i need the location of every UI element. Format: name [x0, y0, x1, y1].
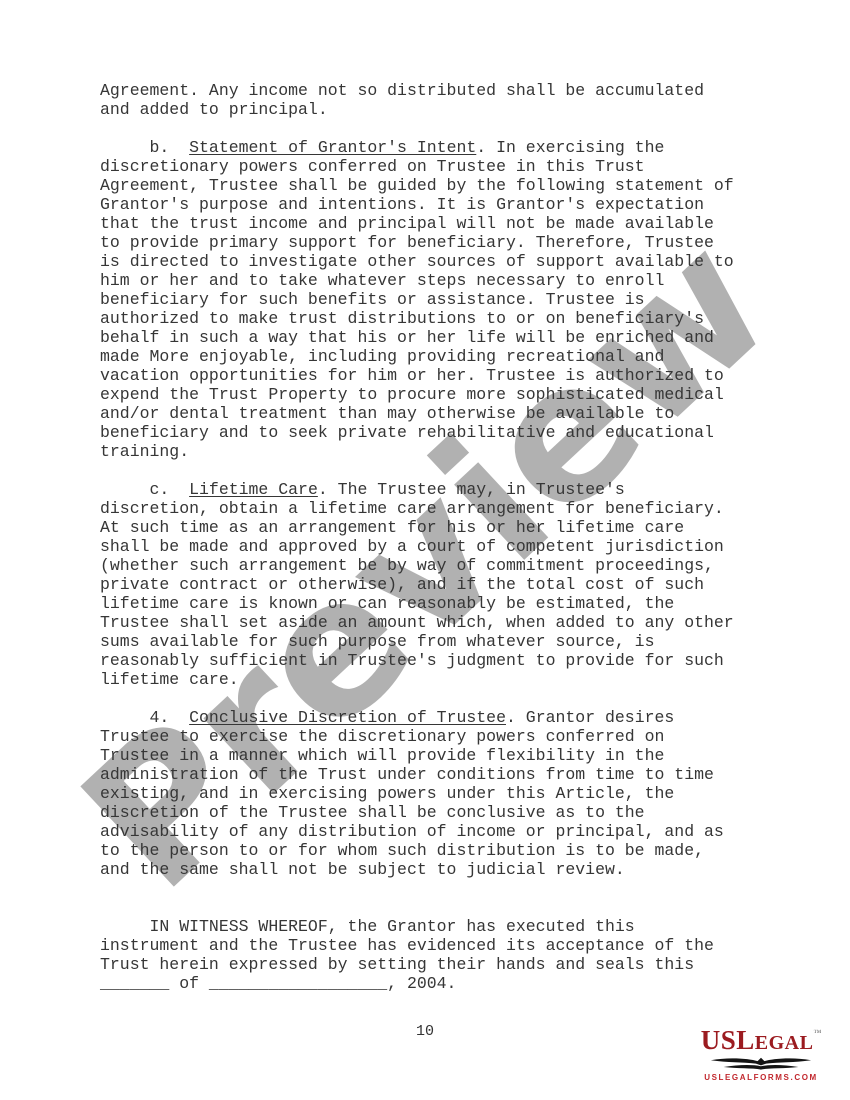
paragraph: IN WITNESS WHEREOF, the Grantor has exec… — [100, 917, 760, 993]
paragraph-text: c. — [100, 480, 189, 499]
paragraph-text: b. — [100, 138, 189, 157]
wordmark-suffix: EGAL — [755, 1032, 814, 1054]
heading-underlined: Statement of Grantor's Intent — [189, 138, 476, 157]
paragraph-text: . The Trustee may, in Trustee's discreti… — [100, 480, 734, 689]
paragraph-text: 4. — [100, 708, 189, 727]
heading-underlined: Conclusive Discretion of Trustee — [189, 708, 506, 727]
logo-tagline: USLEGALFORMS.COM — [699, 1073, 823, 1082]
document-page: Preview Agreement. Any income not so dis… — [0, 0, 850, 1100]
paragraph-text: . Grantor desires Trustee to exercise th… — [100, 708, 724, 879]
uslegal-logo: USLEGAL™ USLEGALFORMS.COM — [699, 1020, 823, 1082]
wordmark-prefix: USL — [701, 1025, 755, 1055]
paragraph-text: . In exercising the discretionary powers… — [100, 138, 734, 461]
paragraph-text: Agreement. Any income not so distributed… — [100, 81, 704, 119]
trademark-symbol: ™ — [813, 1028, 821, 1037]
paragraph: Agreement. Any income not so distributed… — [100, 81, 760, 119]
paragraph-text: IN WITNESS WHEREOF, the Grantor has exec… — [100, 917, 714, 993]
paragraph: c. Lifetime Care. The Trustee may, in Tr… — [100, 480, 760, 689]
paragraph: b. Statement of Grantor's Intent. In exe… — [100, 138, 760, 461]
paragraph: 4. Conclusive Discretion of Trustee. Gra… — [100, 708, 760, 879]
uslegal-wordmark: USLEGAL™ — [699, 1020, 823, 1058]
eagle-icon — [705, 1056, 817, 1073]
heading-underlined: Lifetime Care — [189, 480, 318, 499]
document-body: Agreement. Any income not so distributed… — [100, 81, 760, 993]
